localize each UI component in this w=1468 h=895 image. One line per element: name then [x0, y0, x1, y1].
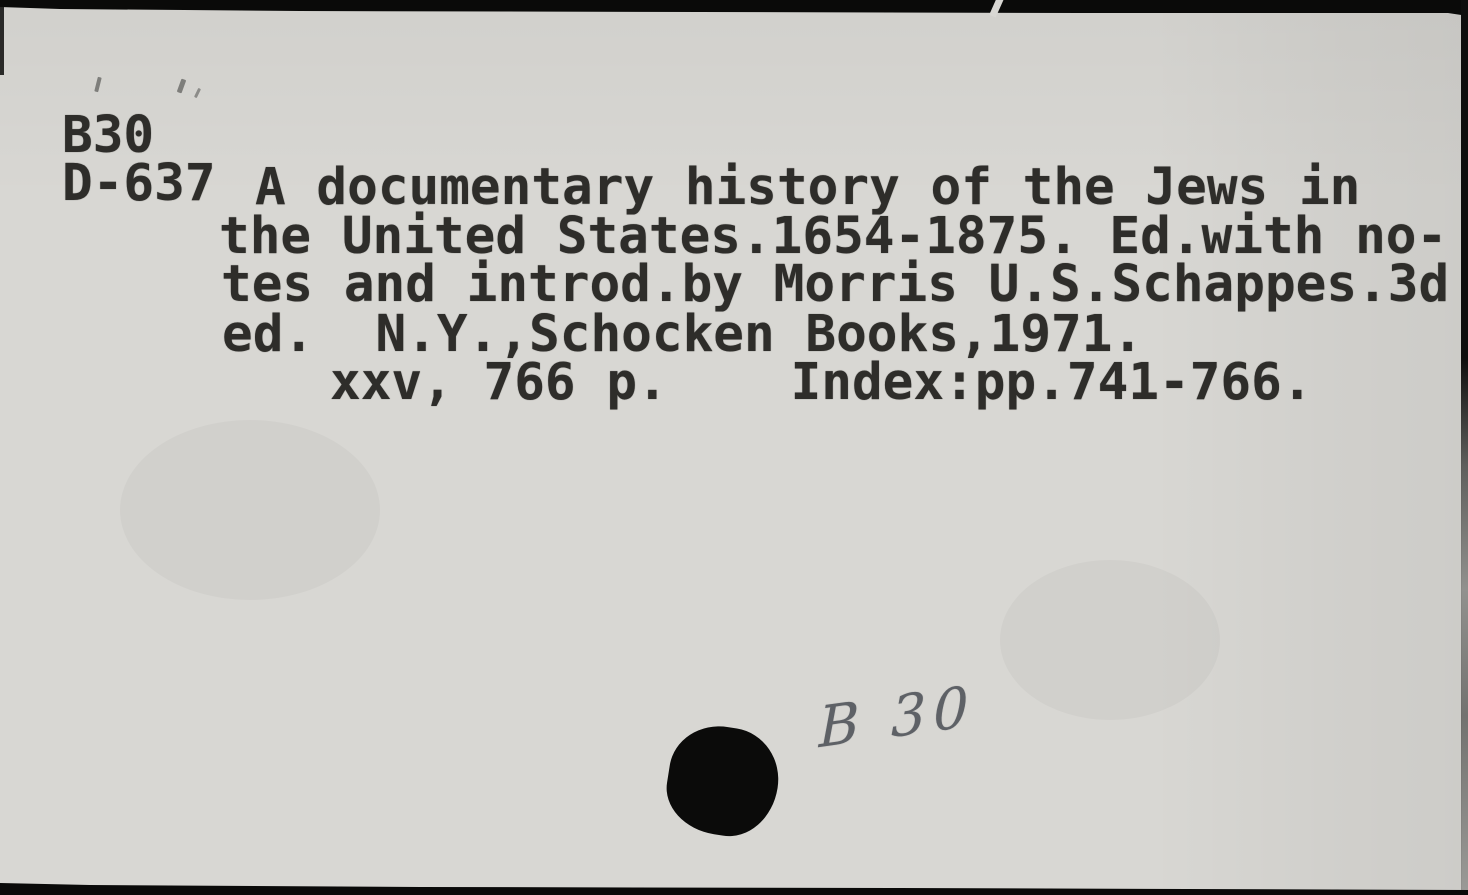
- paper-blotch: [1000, 560, 1220, 720]
- entry-line-editor: tes and introd.by Morris U.S.Schappes.3d: [221, 259, 1449, 310]
- scan-edge-right: [1461, 0, 1468, 895]
- handwritten-call-number: B 30: [819, 679, 976, 758]
- scan-edge-left: [0, 7, 4, 75]
- ink-dot-stamp: [660, 719, 786, 843]
- paper-blotch: [120, 420, 380, 600]
- entry-line-title: A documentary history of the Jews in: [255, 162, 1360, 213]
- entry-line-collation: xxv, 766 p. Index:pp.741-766.: [330, 357, 1313, 408]
- call-number-item: D-637: [62, 158, 216, 209]
- catalog-card-scan: B30 D-637 A documentary history of the J…: [0, 0, 1468, 895]
